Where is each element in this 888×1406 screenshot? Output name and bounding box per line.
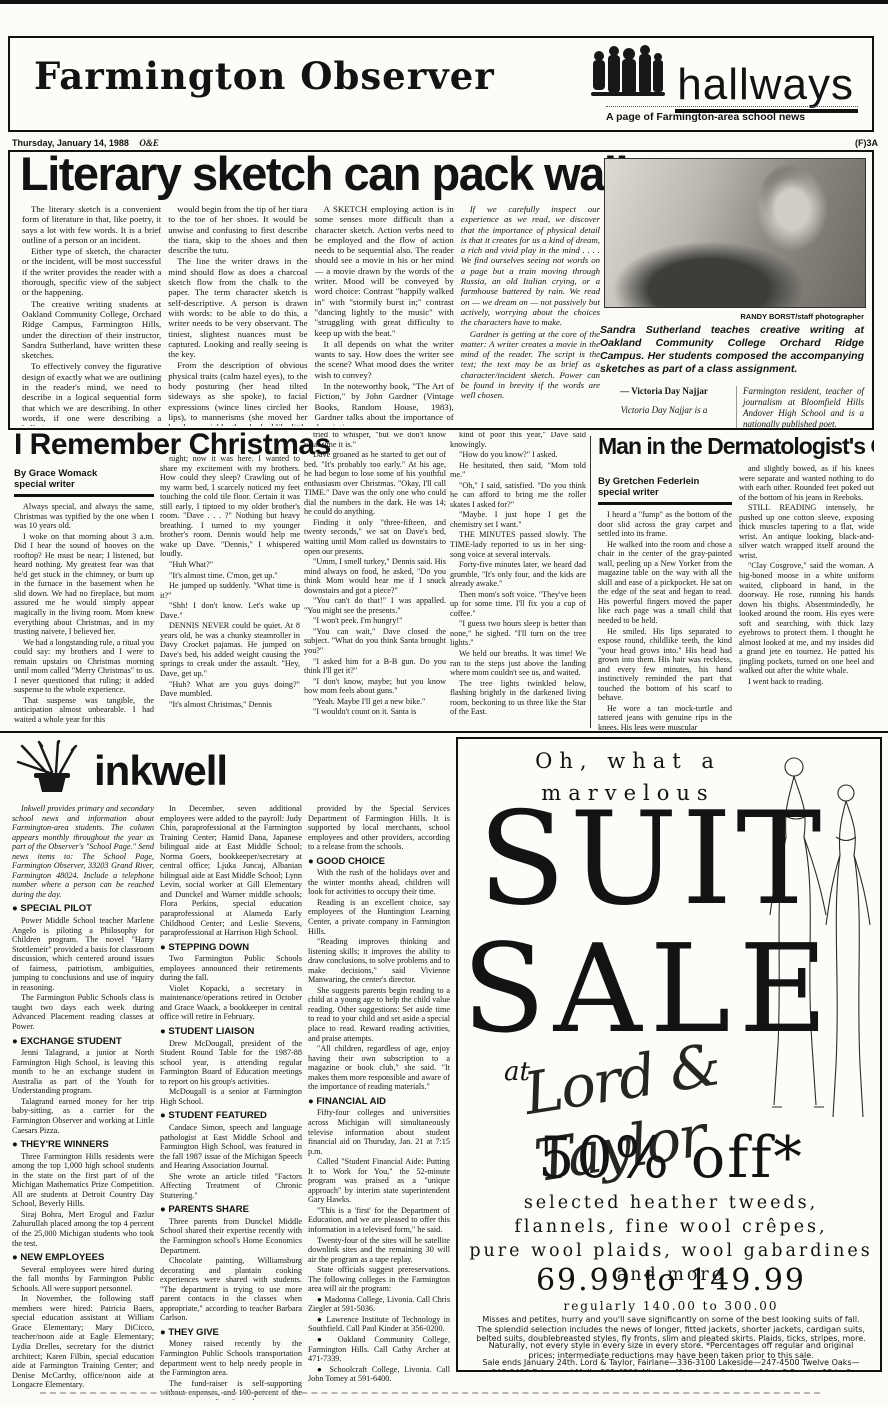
ad-fine-print-3: Sale ends January 24th. Lord & Taylor, F… (476, 1358, 866, 1372)
column-divider (590, 436, 591, 728)
paragraph: Twenty-four of the sites will be satelli… (308, 1236, 450, 1265)
paragraph: Power Middle School teacher Marlene Ange… (12, 916, 154, 992)
paragraph: and slightly bowed, as if his knees were… (739, 464, 874, 502)
paragraph: Money raised recently by the Farmington … (160, 1339, 302, 1377)
inkwell-item-heading: ● STEPPING DOWN (160, 943, 302, 953)
section-divider-rule (0, 731, 888, 733)
christmas-article: I Remember Christmas By Grace Womack spe… (8, 432, 588, 730)
lead-column-2: would begin from the tip of her tiara to… (168, 204, 307, 426)
paragraph: He jumped up suddenly. "What time is it?… (160, 581, 300, 600)
paragraph: We had a longstanding rule, a ritual you… (14, 638, 154, 695)
paragraph: Finding it only "three-fifteen, and twen… (304, 518, 446, 556)
dermatologist-byline: By Gretchen Federlein special writer (598, 476, 732, 505)
paragraph: "I guess two hours sleep is better than … (450, 619, 586, 648)
newspaper-title: Farmington Observer (34, 54, 495, 98)
paragraph: kind of poor this year," Dave said knowi… (450, 432, 586, 449)
ad-price-range: 69.99 to 149.99 (458, 1263, 882, 1298)
paragraph: We held our breaths. It was time! We ran… (450, 649, 586, 678)
paragraph: "Huh What?" (160, 560, 300, 570)
lead-column-1: The literary sketch is a convenient form… (22, 204, 161, 426)
photo-caption: Sandra Sutherland teaches creative writi… (600, 324, 864, 376)
christmas-column-3: tried to whisper, "but we don't know wha… (304, 432, 446, 728)
paragraph: Fifty-four colleges and universities acr… (308, 1108, 450, 1156)
paragraph: "Maybe. I just hope I get the chemistry … (450, 510, 586, 529)
paragraph: He wore a tan mock-turtle and tattered j… (598, 704, 732, 730)
paragraph: tried to whisper, "but we don't know wha… (304, 432, 446, 449)
edition: O&E (139, 138, 159, 148)
ad-word-suit: SUIT (478, 795, 788, 926)
ad-line-1: selected heather tweeds, (458, 1191, 882, 1215)
masthead: Farmington Observer hallways A page of F… (8, 36, 874, 132)
ad-discount: 50% off* (458, 1125, 882, 1191)
byline-role: special writer (598, 487, 732, 498)
paragraph: In the noteworthy book, "The Art of Fict… (315, 381, 454, 426)
paragraph: State officials suggest prereservations.… (308, 1265, 450, 1294)
paragraph: "This is a 'first' for the Department of… (308, 1206, 450, 1235)
newspaper-page: Farmington Observer hallways A page of F… (0, 0, 888, 1406)
byline-role: special writer (14, 479, 154, 490)
column-text: I heard a "fump" as the bottom of the do… (598, 510, 732, 730)
scan-artifact-rule (40, 1392, 820, 1394)
paragraph: "Oh," I said, satisfied. "Do you think h… (450, 481, 586, 510)
inkwell-item-heading: ● FINANCIAL AID (308, 1097, 450, 1107)
christmas-byline: By Grace Womack special writer (14, 468, 154, 497)
paragraph: "I won't peek. I'm hungry!" (304, 616, 446, 626)
inkwell-title: inkwell (94, 747, 227, 795)
paragraph: THE MINUTES passed slowly. The TIME-lady… (450, 530, 586, 559)
paragraph: The line the writer draws in the mind sh… (168, 256, 307, 359)
dermatologist-column-1: By Gretchen Federlein special writer I h… (598, 476, 732, 730)
paragraph: "Clay Cosgrove," said the woman. A big-b… (739, 561, 874, 676)
paragraph: It all depends on what the writer wants … (315, 339, 454, 380)
paragraph: ● Lawrence Institute of Technology in So… (308, 1315, 450, 1334)
paragraph: She suggests parents begin reading to a … (308, 986, 450, 1043)
paragraph: Violet Kopacki, a secretary in maintenan… (160, 984, 302, 1022)
inkwell-item-heading: ● STUDENT LIAISON (160, 1027, 302, 1037)
paragraph: Gardner is getting at the core of the ma… (461, 329, 600, 401)
paragraph: McDougall is a senior at Farmington High… (160, 1087, 302, 1106)
paragraph: Forty-five minutes later, we heard dad g… (450, 560, 586, 589)
paragraph: Called "Student Financial Aide: Putting … (308, 1157, 450, 1205)
paragraph: Several employees were hired during the … (12, 1265, 154, 1294)
paragraph: With the rush of the holidays over and t… (308, 868, 450, 897)
paragraph: The fund-raiser is self-supporting witho… (160, 1379, 302, 1400)
dateline: Thursday, January 14, 1988 O&E (12, 138, 159, 148)
paragraph: "I don't know, maybe; but you know how m… (304, 677, 446, 696)
page-number: (F)3A (855, 138, 878, 148)
inkwell-header: inkwell (14, 740, 227, 801)
hallways-logo: hallways (587, 42, 858, 113)
inkwell-quill-icon (14, 740, 86, 801)
byline-author: By Grace Womack (14, 468, 154, 479)
paragraph: Three Farmington Hills residents were am… (12, 1152, 154, 1209)
paragraph: In November, the following staff members… (12, 1294, 154, 1389)
paragraph: The Farmington Public Schools class is t… (12, 993, 154, 1031)
paragraph: Candace Simon, speech and language patho… (160, 1123, 302, 1171)
paragraph: He walked into the room and chose a chai… (598, 540, 732, 626)
paragraph: DENNIS NEVER could be quiet. At 8 years … (160, 621, 300, 678)
inkwell-item-heading: ● GOOD CHOICE (308, 857, 450, 867)
paragraph: That suspense was tangible, the anticipa… (14, 696, 154, 725)
ad-regular-price: regularly 140.00 to 300.00 (458, 1299, 882, 1313)
paragraph: "I asked him for a B-B gun. Do you think… (304, 657, 446, 676)
author-attribution: — Victoria Day Najjar Victoria Day Najja… (600, 386, 864, 430)
inkwell-column-1: Inkwell provides primary and secondary s… (12, 804, 154, 1400)
paragraph: would begin from the tip of her tiara to… (168, 204, 307, 255)
paragraph: "Umm, I smell turkey," Dennis said. His … (304, 557, 446, 595)
byline-author: By Gretchen Federlein (598, 476, 732, 487)
paragraph: night; now it was here. I wanted to shar… (160, 454, 300, 559)
author-bio: Farmington resident, teacher of journali… (736, 386, 864, 430)
paragraph: To effectively convey the figurative des… (22, 361, 161, 426)
paragraph: Either type of sketch, the character or … (22, 246, 161, 297)
lead-column-4: If we carefully inspect our experience a… (461, 204, 600, 426)
inkwell-item-heading: ● SPECIAL PILOT (12, 904, 154, 914)
paragraph: "Huh? What are you guys doing?" Dave mum… (160, 680, 300, 699)
section-tagline: A page of Farmington-area school news (606, 106, 858, 123)
dermatologist-article: Man in the Dermatologist's Office By Gre… (598, 436, 874, 730)
paragraph: Always special, and always the same, Chr… (14, 502, 154, 531)
paragraph: She wrote an article titled "Factors Aff… (160, 1172, 302, 1201)
paragraph: From the description of obvious physical… (168, 360, 307, 426)
paragraph: The creative writing students at Oakland… (22, 299, 161, 361)
paragraph: "It's almost time. C'mon, get up." (160, 571, 300, 581)
paragraph: "Shh! I don't know. Let's wake up Dave." (160, 601, 300, 620)
column-text: Always special, and always the same, Chr… (14, 502, 154, 725)
top-rule (0, 0, 888, 4)
paragraph: A SKETCH employing action is in some sen… (315, 204, 454, 338)
paragraph: Reading is an excellent choice, say empl… (308, 898, 450, 936)
inkwell-item-heading: ● STUDENT FEATURED (160, 1111, 302, 1121)
paragraph: Dave groaned as he started to get out of… (304, 450, 446, 517)
inkwell-item-heading: ● NEW EMPLOYEES (12, 1253, 154, 1263)
paragraph: "It's almost Christmas," Dennis (160, 700, 300, 710)
paragraph: He smiled. His lips separated to expose … (598, 627, 732, 703)
paragraph: "I wouldn't count on it. Santa is (304, 707, 446, 717)
paragraph: ● Madonna College, Livonia. Call Chris Z… (308, 1295, 450, 1314)
lead-columns: The literary sketch is a convenient form… (22, 204, 600, 426)
paragraph: "How do you know?" I asked. (450, 450, 586, 460)
christmas-column-1: By Grace Womack special writer Always sp… (14, 468, 154, 728)
inkwell-item-heading: ● EXCHANGE STUDENT (12, 1037, 154, 1047)
paragraph: Drew McDougall, president of the Student… (160, 1039, 302, 1087)
paragraph: I went back to reading. (739, 677, 874, 687)
inkwell-item-heading: ● PARENTS SHARE (160, 1205, 302, 1215)
paragraph: Two Farmington Public Schools employees … (160, 954, 302, 983)
ad-line-2: flannels, fine wool crêpes, (458, 1215, 882, 1239)
paragraph: Three parents from Dunckel Middle School… (160, 1217, 302, 1255)
photo-credit: RANDY BORST/staff photographer (602, 312, 864, 321)
date: Thursday, January 14, 1988 (12, 138, 129, 148)
inkwell-column-2: In December, seven additional employees … (160, 804, 302, 1400)
students-group-icon (587, 42, 669, 113)
paragraph: Jenni Talagrand, a junior at North Farmi… (12, 1048, 154, 1096)
paragraph: I woke on that morning about 3 a.m. Did … (14, 532, 154, 637)
paragraph: ● Oakland Community College, Farmington … (308, 1335, 450, 1364)
dermatologist-column-2: and slightly bowed, as if his knees were… (739, 464, 874, 730)
paragraph: STILL READING intensely, he pushed up on… (739, 503, 874, 560)
lead-headline: Literary sketch can pack wallop (20, 150, 681, 201)
paragraph: I heard a "fump" as the bottom of the do… (598, 510, 732, 539)
paragraph: The literary sketch is a convenient form… (22, 204, 161, 245)
paragraph: "Reading improves thinking and listening… (308, 937, 450, 985)
paragraph: ● Schoolcraft College, Livonia. Call Joh… (308, 1365, 450, 1384)
inkwell-item-heading: ● THEY'RE WINNERS (12, 1140, 154, 1150)
paragraph: If we carefully inspect our experience a… (461, 204, 600, 328)
lead-photo (604, 158, 866, 308)
paragraph: Talagrand earned money for her trip baby… (12, 1097, 154, 1135)
lead-column-3: A SKETCH employing action is in some sen… (315, 204, 454, 426)
inkwell-section: inkwell Inkwell provides primary and sec… (8, 738, 454, 1402)
suit-sale-advertisement: Oh, what a marvelous SUIT SALE at Lord &… (456, 737, 882, 1372)
paragraph: "You can wait," Dave closed the subject.… (304, 627, 446, 656)
inkwell-item-heading: ● THEY GIVE (160, 1328, 302, 1338)
paragraph: In December, seven additional employees … (160, 804, 302, 938)
ad-intro-line-1: Oh, what a (488, 749, 768, 773)
paragraph: "You can't do that!" I was appalled. "Yo… (304, 596, 446, 615)
lead-article: Literary sketch can pack wallop The lite… (8, 150, 874, 430)
paragraph: Chocolate painting, Williamsburg decorat… (160, 1256, 302, 1323)
paragraph: Then mom's soft voice. "They've been up … (450, 590, 586, 619)
attribution-signature-block: — Victoria Day Najjar Victoria Day Najja… (600, 386, 728, 430)
paragraph: Siraj Bohra, Mert Erogul and Fazlur Zahu… (12, 1210, 154, 1248)
paragraph: provided by the Special Services Departm… (308, 804, 450, 852)
paragraph: "Yeah. Maybe I'll get a new bike." (304, 697, 446, 707)
christmas-column-4: kind of poor this year," Dave said knowi… (450, 432, 586, 728)
dermatologist-title: Man in the Dermatologist's Office (598, 436, 874, 460)
paragraph: "All children, regardless of age, enjoy … (308, 1044, 450, 1092)
inkwell-column-3: provided by the Special Services Departm… (308, 804, 450, 1400)
christmas-column-2: night; now it was here. I wanted to shar… (160, 454, 300, 728)
paragraph: Inkwell provides primary and secondary s… (12, 804, 154, 899)
paragraph: He hesitated, then said, "Mom told me." (450, 461, 586, 480)
author-bio-start: Victoria Day Najjar is a (600, 405, 728, 416)
paragraph: The tree lights twinkled below, flashing… (450, 679, 586, 717)
ad-fine-print-1: Misses and petites, hurry and you'll sav… (476, 1315, 866, 1344)
author-signature: — Victoria Day Najjar (600, 386, 728, 397)
